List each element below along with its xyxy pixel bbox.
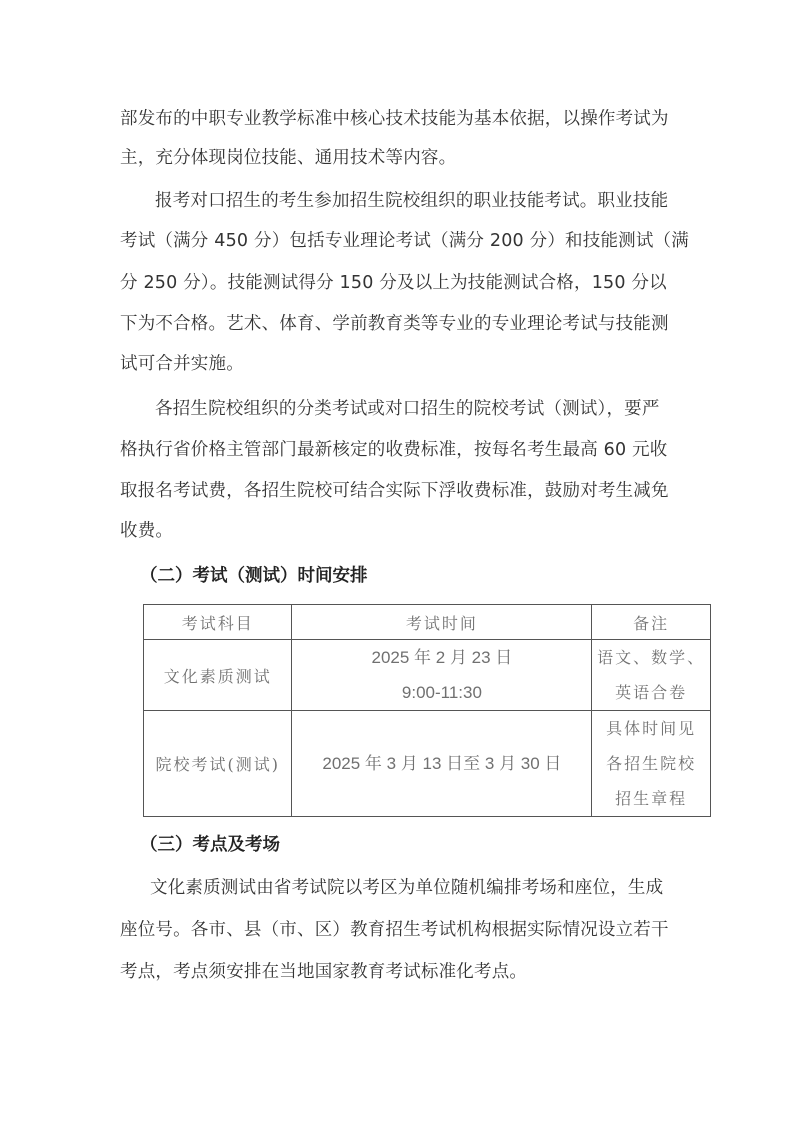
paragraph-line: 格执行省价格主管部门最新核定的收费标准，按每名考生最高 60 元收 — [120, 438, 680, 462]
paragraph-line: 收费。 — [120, 519, 680, 543]
exam-schedule-table: 考试科目 考试时间 备注 文化素质测试 2025 年 2 月 23 日 9:00… — [143, 604, 711, 817]
paragraph-line: 取报名考试费，各招生院校可结合实际下浮收费标准，鼓励对考生减免 — [120, 479, 680, 503]
paragraph-line: 分 250 分）。技能测试得分 150 分及以上为技能测试合格，150 分以 — [120, 271, 680, 295]
paragraph-line: 文化素质测试由省考试院以考区为单位随机编排考场和座位，生成 — [150, 876, 710, 900]
paragraph-line: 考试（满分 450 分）包括专业理论考试（满分 200 分）和技能测试（满 — [120, 229, 680, 253]
paragraph-line: 各招生院校组织的分类考试或对口招生的院校考试（测试），要严 — [155, 397, 715, 421]
subject-cell: 文化素质测试 — [144, 640, 292, 711]
subject-cell: 院校考试(测试) — [144, 711, 292, 817]
note-cell: 具体时间见 各招生院校 招生章程 — [592, 711, 711, 817]
note-line: 英语合卷 — [592, 675, 710, 710]
time-cell: 2025 年 2 月 23 日 9:00-11:30 — [292, 640, 592, 711]
time-line: 2025 年 3 月 13 日至 3 月 30 日 — [292, 746, 591, 781]
paragraph-line: 主，充分体现岗位技能、通用技术等内容。 — [120, 146, 680, 170]
time-line: 9:00-11:30 — [292, 675, 591, 710]
time-line: 2025 年 2 月 23 日 — [292, 640, 591, 675]
paragraph-line: 试可合并实施。 — [120, 352, 680, 376]
table-header-row: 考试科目 考试时间 备注 — [144, 605, 711, 640]
column-header: 备注 — [592, 605, 711, 640]
table-row: 文化素质测试 2025 年 2 月 23 日 9:00-11:30 语文、数学、… — [144, 640, 711, 711]
column-header: 考试时间 — [292, 605, 592, 640]
section-heading: （三）考点及考场 — [140, 833, 280, 857]
paragraph-line: 下为不合格。艺术、体育、学前教育类等专业的专业理论考试与技能测 — [120, 312, 680, 336]
paragraph-line: 座位号。各市、县（市、区）教育招生考试机构根据实际情况设立若干 — [120, 918, 680, 942]
note-line: 招生章程 — [592, 781, 710, 816]
column-header: 考试科目 — [144, 605, 292, 640]
note-line: 具体时间见 — [592, 711, 710, 746]
note-line: 语文、数学、 — [592, 640, 710, 675]
note-cell: 语文、数学、 英语合卷 — [592, 640, 711, 711]
paragraph-line: 部发布的中职专业教学标准中核心技术技能为基本依据，以操作考试为 — [120, 107, 680, 131]
table-row: 院校考试(测试) 2025 年 3 月 13 日至 3 月 30 日 具体时间见… — [144, 711, 711, 817]
section-heading: （二）考试（测试）时间安排 — [140, 564, 368, 588]
time-cell: 2025 年 3 月 13 日至 3 月 30 日 — [292, 711, 592, 817]
paragraph-line: 考点，考点须安排在当地国家教育考试标准化考点。 — [120, 960, 680, 984]
paragraph-line: 报考对口招生的考生参加招生院校组织的职业技能考试。职业技能 — [155, 189, 715, 213]
note-line: 各招生院校 — [592, 746, 710, 781]
